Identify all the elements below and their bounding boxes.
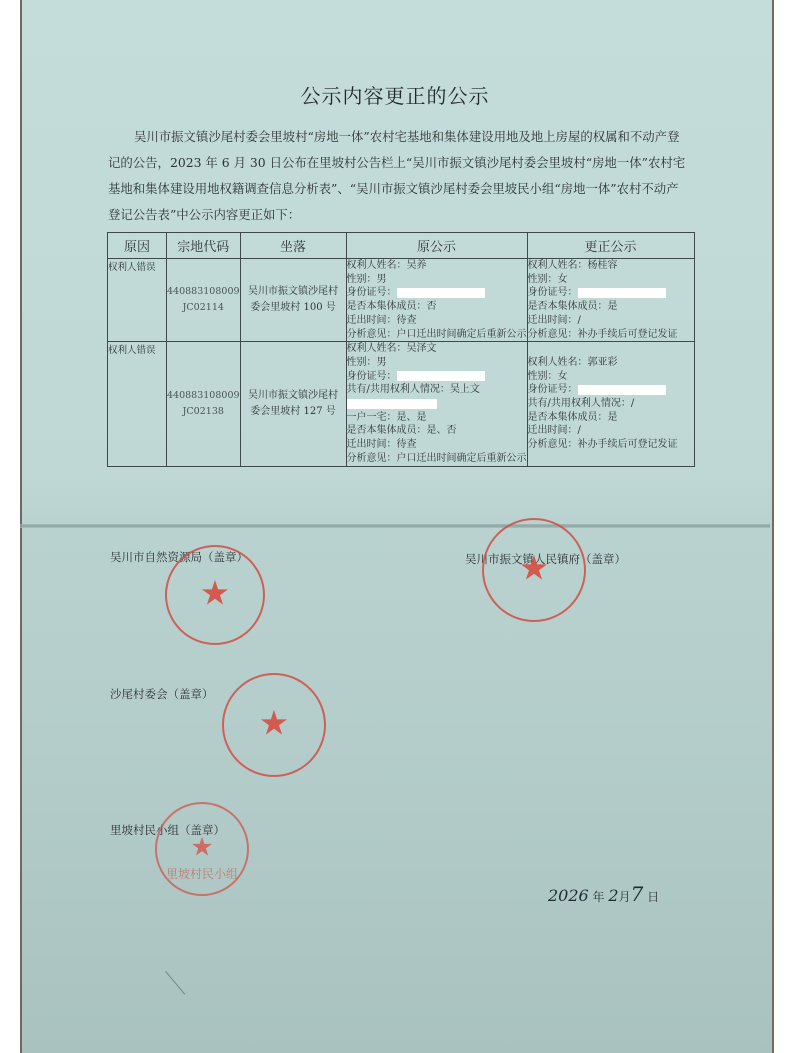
redaction-bar: [397, 371, 485, 381]
parcel-code-line2: JC02138: [167, 404, 240, 420]
original-name: 权利人姓名：吴泽文: [347, 342, 527, 356]
corrected-gender: 性别：女: [528, 370, 694, 384]
redaction-bar: [578, 385, 666, 395]
original-id: 身份证号：: [347, 286, 527, 300]
original-member: 是否本集体成员：是、否: [347, 424, 527, 438]
original-opinion: 分析意见：户口迁出时间确定后重新公示: [347, 452, 527, 466]
star-icon: ★: [519, 551, 549, 585]
table-header-row: 原因 宗地代码 坐落 原公示 更正公示: [108, 233, 695, 259]
original-moveout: 迁出时间：待查: [347, 314, 527, 328]
table-row: 权利人错误 440883108009 JC02138 吴川市振文镇沙尾村委会里坡…: [108, 342, 695, 466]
stamp-village-committee: ★: [222, 673, 326, 777]
original-gender: 性别：男: [347, 356, 527, 370]
date-month: 2: [608, 886, 618, 905]
header-reason: 原因: [108, 233, 167, 259]
original-member: 是否本集体成员：否: [347, 300, 527, 314]
stamp-village-group-label: 里坡村民小组: [157, 865, 247, 882]
header-location: 坐落: [240, 233, 346, 259]
parcel-code-line1: 440883108009: [167, 284, 240, 300]
corrected-moveout: 迁出时间：/: [528, 314, 694, 328]
signature-village-committee: 沙尾村委会（盖章）: [110, 686, 214, 702]
corrected-gender: 性别：女: [528, 273, 694, 287]
original-name: 权利人姓名：吴养: [347, 259, 527, 273]
corrected-id: 身份证号：: [528, 286, 694, 300]
corrected-member: 是否本集体成员：是: [528, 300, 694, 314]
document-date: 2026 年 2月7 日: [548, 882, 659, 906]
table-row: 权利人错误 440883108009 JC02114 吴川市振文镇沙尾村委会里坡…: [108, 259, 695, 342]
paper-fold-line: [20, 524, 770, 528]
corrected-member: 是否本集体成员：是: [528, 411, 694, 425]
header-parcel-code: 宗地代码: [167, 233, 241, 259]
original-id: 身份证号：: [347, 370, 527, 384]
star-icon: ★: [259, 706, 289, 740]
header-corrected: 更正公示: [527, 233, 694, 259]
cell-original: 权利人姓名：吴养 性别：男 身份证号： 是否本集体成员：否 迁出时间：待查 分析…: [346, 259, 527, 342]
star-icon: ★: [190, 835, 213, 861]
original-co-owner: 共有/共用权利人情况：吴上文: [347, 383, 527, 397]
corrected-name: 权利人姓名：杨桂容: [528, 259, 694, 273]
star-icon: ★: [200, 576, 230, 610]
document-title: 公示内容更正的公示: [0, 80, 790, 109]
redaction-bar: [578, 288, 666, 298]
cell-location: 吴川市振文镇沙尾村委会里坡村 100 号: [240, 259, 346, 342]
stamp-town-government: ★: [482, 518, 586, 622]
date-day: 7: [631, 882, 644, 906]
cell-corrected: 权利人姓名：郭亚彩 性别：女 身份证号： 共有/共用权利人情况：/ 是否本集体成…: [527, 342, 694, 466]
redaction-bar: [397, 288, 485, 298]
cell-reason: 权利人错误: [108, 259, 167, 342]
original-gender: 性别：男: [347, 273, 527, 287]
cell-reason: 权利人错误: [108, 342, 167, 466]
cell-parcel-code: 440883108009 JC02138: [167, 342, 241, 466]
correction-table: 原因 宗地代码 坐落 原公示 更正公示 权利人错误 440883108009 J…: [107, 232, 695, 467]
date-year: 2026: [548, 886, 589, 905]
cell-original: 权利人姓名：吴泽文 性别：男 身份证号： 共有/共用权利人情况：吴上文 一户一宅…: [346, 342, 527, 466]
original-moveout: 迁出时间：待查: [347, 438, 527, 452]
cell-parcel-code: 440883108009 JC02114: [167, 259, 241, 342]
corrected-co-owner: 共有/共用权利人情况：/: [528, 397, 694, 411]
corrected-name: 权利人姓名：郭亚彩: [528, 356, 694, 370]
parcel-code-line2: JC02114: [167, 300, 240, 316]
intro-paragraph: 吴川市振文镇沙尾村委会里坡村“房地一体”农村宅基地和集体建设用地及地上房屋的权属…: [108, 124, 690, 228]
location-text: 吴川市振文镇沙尾村委会里坡村 100 号: [241, 284, 346, 316]
corrected-opinion: 分析意见：补办手续后可登记发证: [528, 438, 694, 452]
location-text: 吴川市振文镇沙尾村委会里坡村 127 号: [241, 388, 346, 420]
stamp-village-group: ★ 里坡村民小组: [155, 802, 249, 896]
intro-text: 吴川市振文镇沙尾村委会里坡村“房地一体”农村宅基地和集体建设用地及地上房屋的权属…: [108, 129, 685, 222]
parcel-code-line1: 440883108009: [167, 388, 240, 404]
corrected-moveout: 迁出时间：/: [528, 424, 694, 438]
corrected-id: 身份证号：: [528, 383, 694, 397]
stamp-natural-resources: ★: [165, 545, 265, 645]
original-opinion: 分析意见：户口迁出时间确定后重新公示: [347, 328, 527, 342]
original-co-owner-id: [347, 397, 527, 411]
redaction-bar: [347, 399, 437, 409]
cell-corrected: 权利人姓名：杨桂容 性别：女 身份证号： 是否本集体成员：是 迁出时间：/ 分析…: [527, 259, 694, 342]
header-original: 原公示: [346, 233, 527, 259]
corrected-opinion: 分析意见：补办手续后可登记发证: [528, 328, 694, 342]
cell-location: 吴川市振文镇沙尾村委会里坡村 127 号: [240, 342, 346, 466]
original-one-house: 一户一宅：是、是: [347, 411, 527, 425]
